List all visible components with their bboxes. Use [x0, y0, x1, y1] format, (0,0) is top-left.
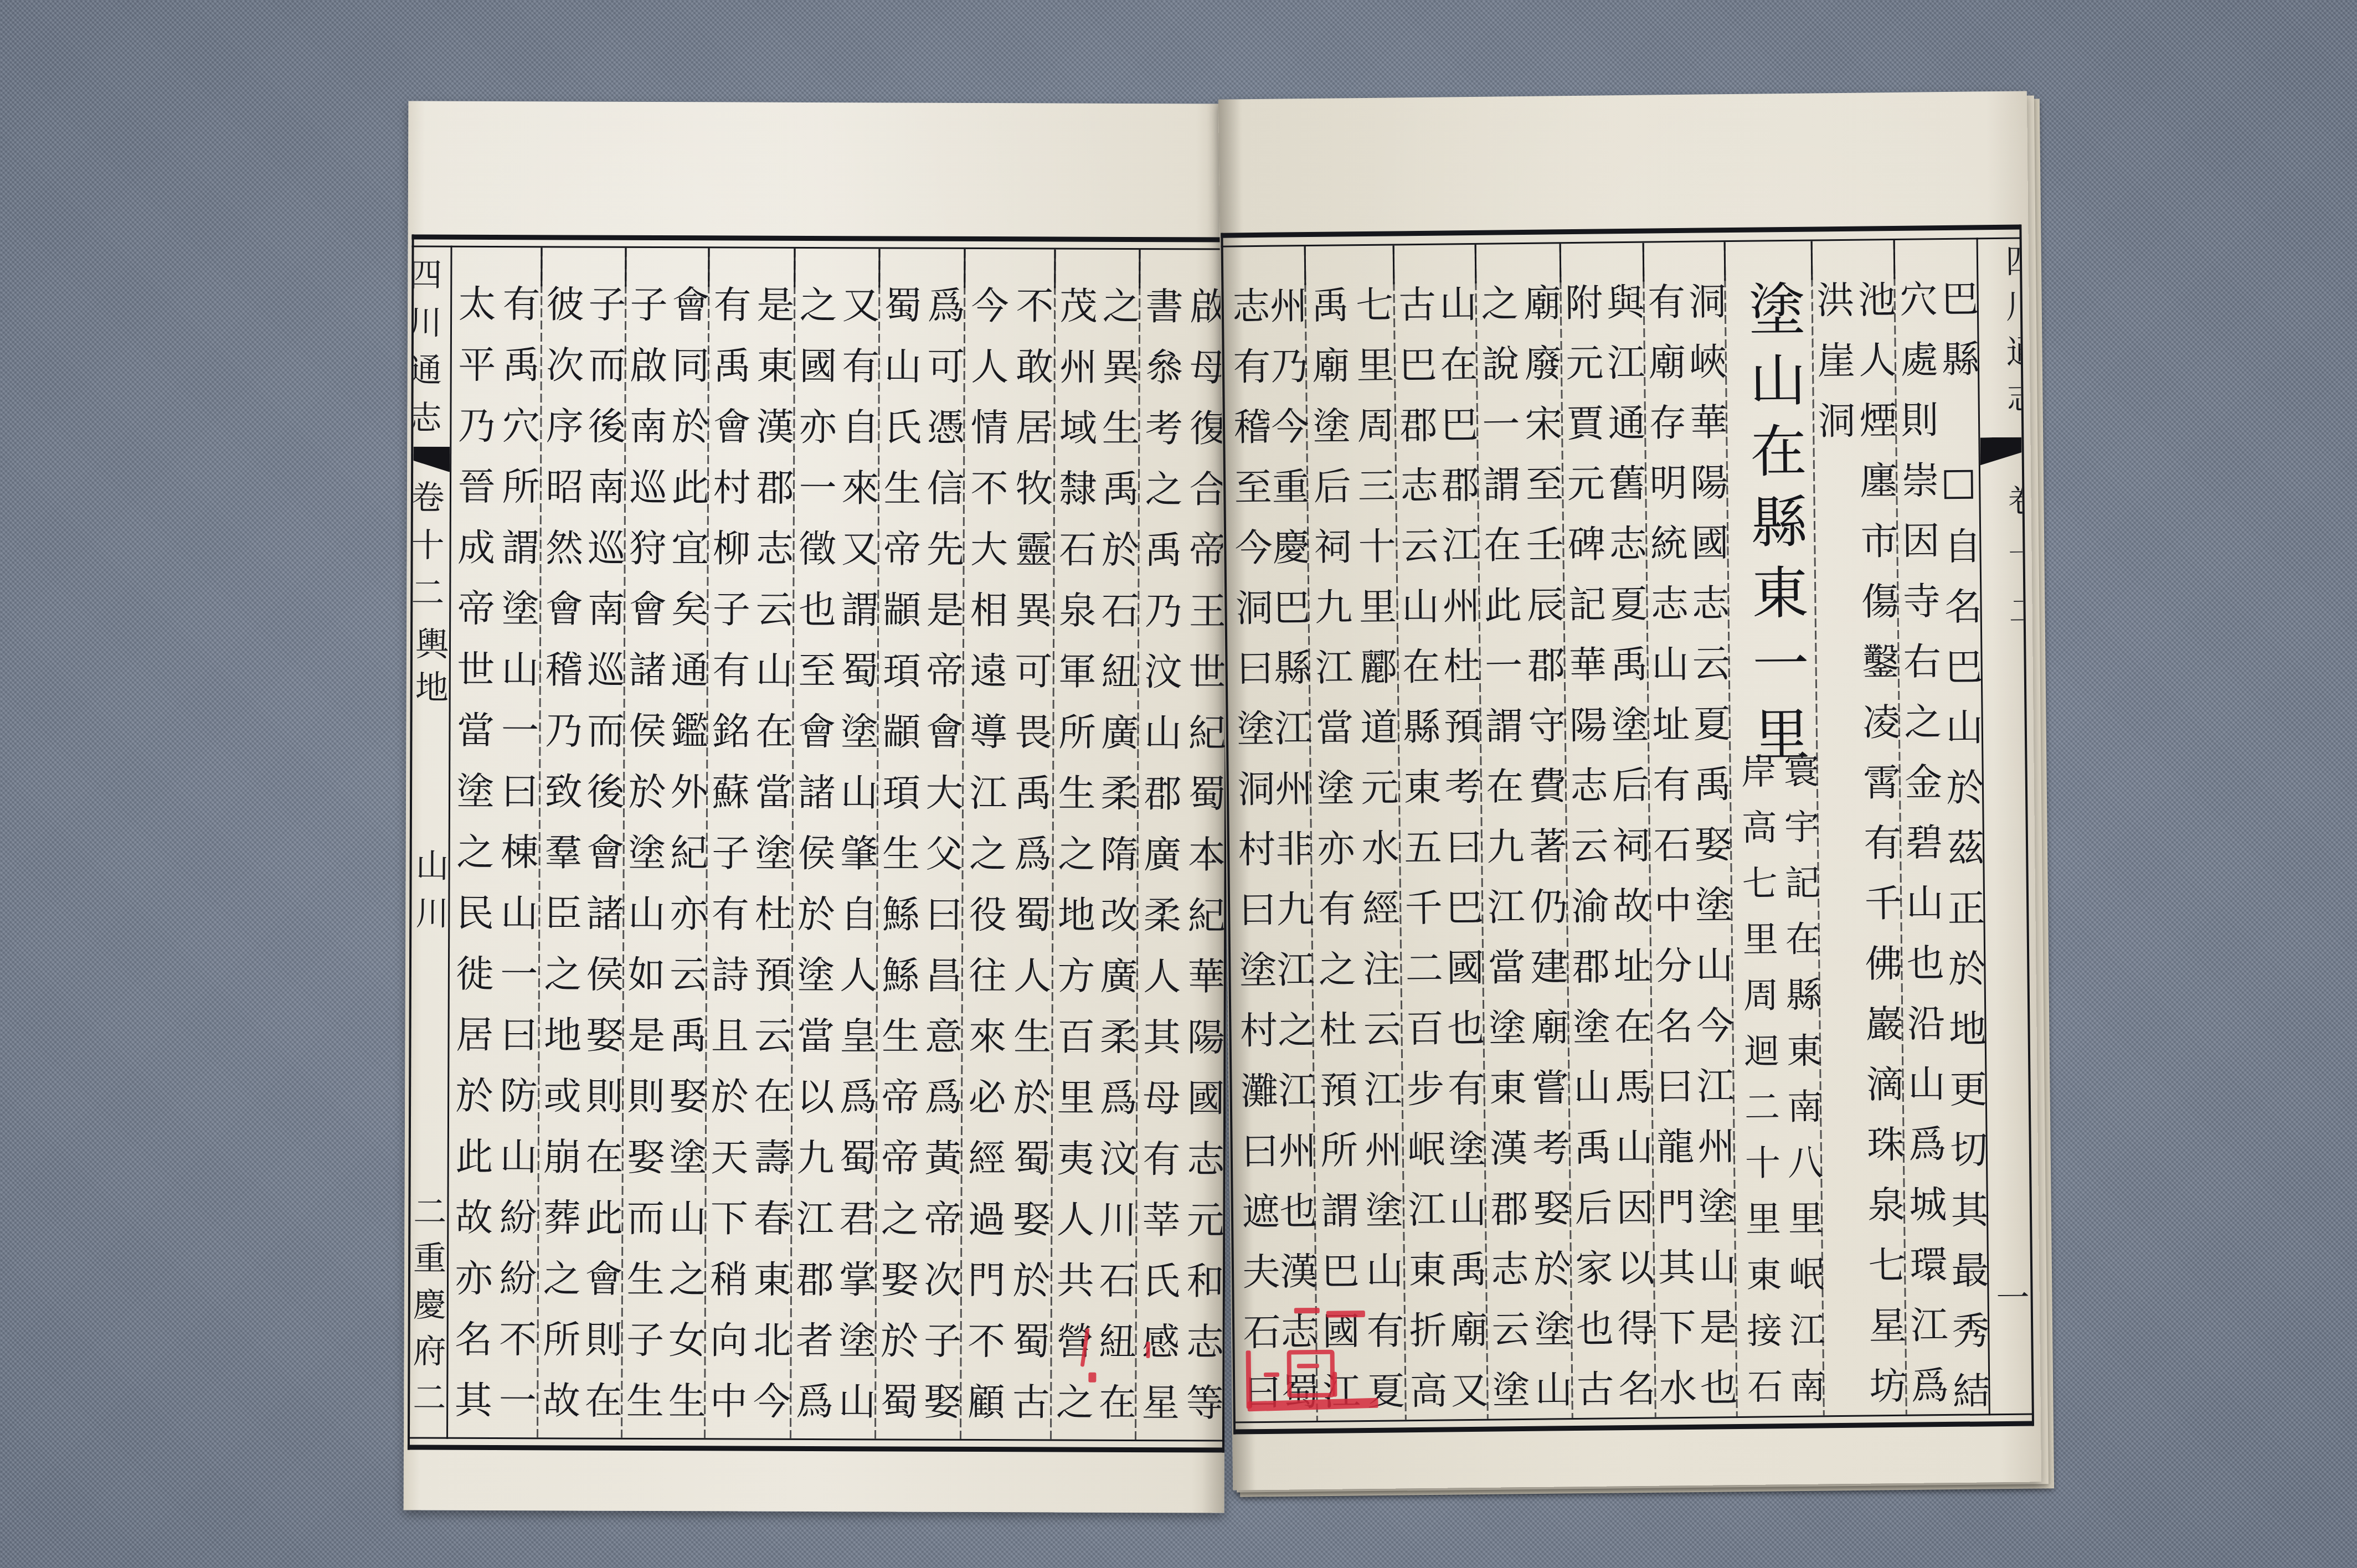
text-column: 洪崖洞 [1809, 280, 1855, 462]
red-ink-mark [1088, 1373, 1096, 1383]
text-column: 蜀山氏生帝顓頊顓頊生鯀鯀生帝帝之娶於蜀 [873, 285, 922, 1442]
bottom-outer-rule [408, 1445, 1224, 1452]
text-column: 子啟南巡狩會諸侯於塗山如是則娶而生子生 [619, 285, 667, 1442]
text-column: 是東漢郡志云山在當塗杜預云在壽春東北今 [746, 285, 794, 1442]
fishtail-mark [1980, 437, 2022, 466]
text-column: 爲可憑信先是帝會大父曰昌意爲黃帝次子娶 [917, 286, 965, 1443]
text-column: 之異生禹於石紐廣柔隋改廣柔爲汶川石紐在 [1092, 286, 1140, 1443]
margin-volume: 卷十二 [410, 479, 442, 622]
text-column: 子而後南巡南巡而後會諸侯娶則在此會則在 [578, 285, 626, 1442]
seal-stroke [1264, 1373, 1279, 1377]
top-inner-rule [412, 245, 1229, 250]
heading-annotation-right: 寰宇記在縣東南八里岷江南 [1777, 752, 1825, 1423]
text-column: 有禹會村柳子有銘蘇子有詩且於天下稍向中 [703, 285, 751, 1442]
text-column: 會同於此宜矣通鑑外紀亦云禹娶塗山之女生 [661, 285, 709, 1442]
seal-side-bar [1246, 1350, 1252, 1409]
text-column: 今人情不大相遠導江之役往來必經過門不顧 [960, 286, 1008, 1443]
seal-stroke [1326, 1311, 1365, 1318]
seal-stroke [1297, 1364, 1319, 1368]
red-ink-mark [1146, 1342, 1150, 1358]
entry-heading: 塗山在縣東一里 [1738, 280, 1810, 776]
text-column: 不敢居牧靈異可畏禹爲蜀人生於蜀娶於蜀古 [1005, 286, 1053, 1443]
left-margin-strip: 四川通志 卷十二 輿地 山川 二重慶府二 [410, 247, 451, 1437]
top-inner-rule [1221, 238, 2021, 247]
margin-section: 輿地 [413, 626, 446, 713]
seal-stroke [1294, 1308, 1320, 1313]
margin-leaf-number: 一 [1993, 1280, 2027, 1314]
text-column: 有禹穴所謂塗山一曰棟山一曰防山紛紛不一 [492, 284, 540, 1441]
text-column: 彼次序昭然會稽乃致羣臣之地或崩葬之所故 [536, 284, 584, 1441]
fishtail-mark [413, 446, 450, 472]
text-column: 太平乃晉成帝世當塗之民徙居於此故亦名其 [447, 284, 496, 1441]
text-column: 啟母復合帝王世紀蜀本紀華陽國志元和志等 [1179, 286, 1227, 1443]
text-column: 茂州域隸石泉軍所生之地方百里夷人共營之 [1049, 286, 1097, 1443]
margin-book-title: 四川通志 [2003, 243, 2032, 425]
text-column: 之國亦一徵也至會諸侯於塗當以九江郡者爲 [789, 285, 837, 1442]
seal-stroke [1332, 1372, 1337, 1397]
top-outer-rule [1221, 225, 2020, 238]
margin-subsection: 山川 [413, 848, 446, 943]
left-page: 四川通志 卷十二 輿地 山川 二重慶府二 啟母復合帝王世紀蜀本紀華陽國志元和志等… [404, 101, 1229, 1513]
seal-glyph-block [1287, 1350, 1335, 1398]
right-page: 四川通志 卷十二 一 巴縣 □自名巴山於茲正於地更切其最秀結 穴處則崇因寺右之金… [1218, 91, 2041, 1490]
margin-book-title: 四川通志 [410, 257, 439, 447]
red-seal-stamp [1243, 1288, 1382, 1420]
margin-footer: 二重慶府二 [410, 1194, 444, 1426]
text-column: 又有自來又謂蜀塗山肇自人皇爲蜀君掌塗山 [831, 285, 879, 1442]
top-outer-rule [412, 234, 1229, 242]
margin-volume: 卷十二 [2005, 482, 2032, 649]
seal-bottom-bar [1247, 1398, 1378, 1412]
heading-annotation-left: 岸高七里周迴二十里東接石 [1735, 752, 1783, 1424]
text-column: 書叅考之禹乃汶山郡廣柔人其母有莘氏感星 [1135, 286, 1183, 1443]
